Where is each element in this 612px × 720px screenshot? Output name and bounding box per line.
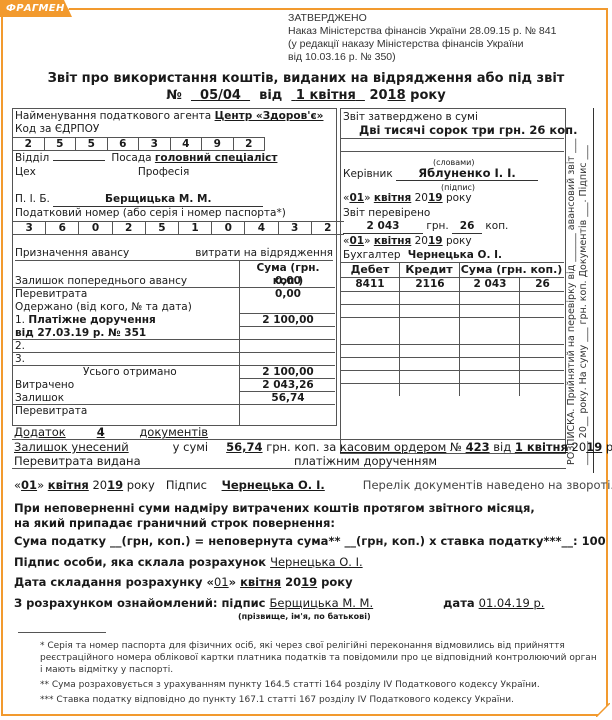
- table-cell: [341, 305, 399, 317]
- table-cell: [341, 371, 399, 383]
- advance-row: 1. Платіжне дорученнявід 27.03.19 р. № 3…: [15, 314, 156, 340]
- calc-date: Дата складання розрахунку «01» квітня 20…: [14, 575, 353, 589]
- table-row: [341, 344, 564, 357]
- report-date: 1 квітня: [291, 88, 365, 103]
- table-cell: [399, 318, 460, 344]
- signature-line: «01» квітня 2019 року Підпис Чернецька О…: [14, 479, 612, 492]
- table-cell: [399, 371, 460, 383]
- tax-number-digits: 3602510432: [13, 221, 344, 235]
- digit-cell: 6: [108, 138, 140, 150]
- agent-block: Найменування податкового агента Центр «З…: [12, 108, 337, 426]
- advance-row: Залишок: [15, 392, 64, 405]
- table-cell: [519, 384, 565, 396]
- attachments-line: Додаток4 документів: [14, 426, 208, 439]
- table-cell: [459, 358, 520, 370]
- table-cell: 2116: [399, 278, 460, 291]
- report-title: Звіт про використання коштів, виданих на…: [0, 70, 612, 104]
- advance-row-amount: 0,00: [240, 275, 336, 288]
- digit-cell: 3: [13, 222, 46, 234]
- agent-name: Центр «Здоров'є»: [215, 110, 324, 122]
- table-cell: [519, 371, 565, 383]
- receipt-slip: РОЗПИСКА. Прийнятий на перевірку від ___…: [566, 139, 590, 465]
- advance-row: Перевитрата: [15, 405, 87, 418]
- footnote-2: ** Сума розраховується з урахуванням пун…: [40, 679, 600, 691]
- table-cell: [341, 318, 399, 344]
- acknowledgement: З розрахунком ознайомлений: підпис Берщи…: [14, 596, 544, 610]
- advance-row-amount: 2 100,00: [240, 314, 336, 327]
- table-cell: [459, 305, 520, 317]
- digit-cell: 0: [212, 222, 245, 234]
- position-value: головний спеціаліст: [155, 152, 278, 164]
- head-name: Яблуненко І. І.: [396, 167, 538, 181]
- employee-name: Берщицька М. М.: [53, 193, 263, 207]
- table-cell: [459, 384, 520, 396]
- advance-row-amount: 2 043,26: [240, 379, 336, 392]
- table-cell: [519, 358, 565, 370]
- overspend-line: Перевитрата виданаплатіжним дорученням: [14, 455, 566, 468]
- digit-cell: 1: [179, 222, 212, 234]
- table-cell: [399, 358, 460, 370]
- table-cell: [341, 292, 399, 304]
- advance-row-amount: 56,74: [240, 392, 336, 405]
- footnote-1: * Серія та номер паспорта для фізичних о…: [40, 640, 600, 676]
- fragment-badge: ФРАГМЕНТ: [0, 0, 64, 17]
- table-cell: [459, 371, 520, 383]
- table-row: [341, 357, 564, 370]
- table-cell: [399, 292, 460, 304]
- table-row: [341, 370, 564, 383]
- table-header: Дебет: [341, 263, 399, 276]
- accounting-entries-table: ДебетКредитСума (грн. коп.)841121162 043…: [341, 263, 564, 277]
- advance-row: Перевитрата: [15, 288, 87, 301]
- digit-cell: 5: [45, 138, 77, 150]
- table-cell: 26: [519, 278, 565, 291]
- digit-cell: 0: [79, 222, 112, 234]
- digit-cell: 9: [202, 138, 234, 150]
- table-cell: [399, 345, 460, 357]
- advance-row: Одержано (від кого, № та дата): [15, 301, 192, 314]
- digit-cell: 4: [245, 222, 278, 234]
- table-cell: [519, 345, 565, 357]
- table-row: [341, 383, 564, 396]
- edrpou-digits: 25563492: [13, 137, 265, 151]
- table-header: Кредит: [399, 263, 459, 276]
- table-cell: [341, 345, 399, 357]
- approval-block: Звіт затверджено в сумі Дві тисячі сорок…: [340, 108, 566, 454]
- table-row: [341, 304, 564, 317]
- digit-cell: 2: [13, 138, 45, 150]
- approval-stamp: ЗАТВЕРДЖЕНО Наказ Міністерства фінансів …: [288, 12, 556, 64]
- calc-author: Підпис особи, яка склала розрахунок Черн…: [14, 555, 363, 569]
- digit-cell: 3: [139, 138, 171, 150]
- table-row: 841121162 04326: [341, 277, 564, 291]
- advance-row: Витрачено: [15, 379, 74, 392]
- table-cell: [459, 318, 520, 344]
- table-cell: [519, 292, 565, 304]
- accountant-name: Чернецька О. І.: [404, 249, 506, 263]
- advance-row: Залишок попереднього авансу: [15, 275, 187, 288]
- advance-row-amount: 0,00: [240, 288, 336, 301]
- table-cell: [399, 384, 460, 396]
- advance-row: 2.: [15, 340, 25, 353]
- table-cell: [341, 358, 399, 370]
- digit-cell: 5: [76, 138, 108, 150]
- advance-row-amount: 2 100,00: [240, 366, 336, 379]
- table-cell: [399, 305, 460, 317]
- digit-cell: 2: [234, 138, 266, 150]
- table-cell: [519, 305, 565, 317]
- digit-cell: 6: [46, 222, 79, 234]
- digit-cell: 3: [279, 222, 312, 234]
- report-number: 05/04: [191, 88, 250, 103]
- tax-formula: Сума податку __(грн, коп.) = неповернута…: [14, 534, 606, 548]
- deposit-line: Залишок унесенийу сумі56,74 грн. коп. за…: [14, 441, 612, 454]
- digit-cell: 4: [171, 138, 203, 150]
- digit-cell: 5: [146, 222, 179, 234]
- approved-amount-words: Дві тисячі сорок три грн. 26 коп.: [359, 124, 577, 137]
- table-cell: 8411: [341, 278, 399, 291]
- table-row: [341, 317, 564, 344]
- table-row: [341, 291, 564, 304]
- table-cell: 2 043: [459, 278, 520, 291]
- table-cell: [341, 384, 399, 396]
- footnote-3: *** Ставка податку відповідно до пункту …: [40, 694, 600, 706]
- table-cell: [459, 292, 520, 304]
- table-cell: [459, 345, 520, 357]
- advance-row: Усього отримано: [83, 366, 177, 379]
- digit-cell: 2: [113, 222, 146, 234]
- table-cell: [519, 318, 565, 344]
- table-header: Сума (грн. коп.): [459, 263, 564, 276]
- advance-row: 3.: [15, 353, 25, 366]
